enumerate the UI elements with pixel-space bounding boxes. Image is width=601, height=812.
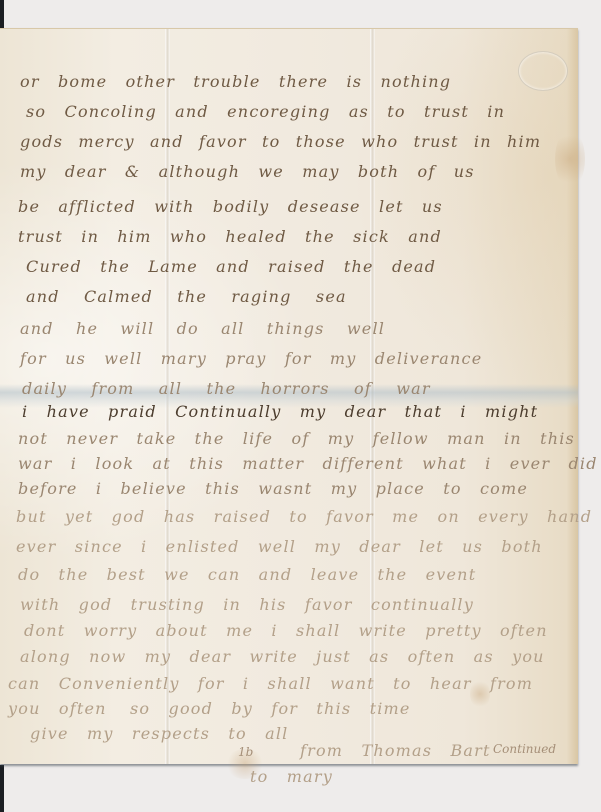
text-line: not never take the life of my fellow man… xyxy=(18,429,575,448)
text-line: or bome other trouble there is nothing xyxy=(20,72,451,91)
text-line: but yet god has raised to favor me on ev… xyxy=(16,507,592,526)
addressee-line: to mary xyxy=(250,767,333,786)
text-line: do the best we can and leave the event xyxy=(18,565,476,584)
corner-note: Continued xyxy=(493,742,556,756)
text-line: i have praid Continually my dear that i … xyxy=(22,402,538,421)
text-line: be afflicted with bodily desease let us xyxy=(18,197,443,216)
age-stain xyxy=(555,129,585,189)
embossed-stationery-seal xyxy=(518,51,568,91)
text-line: and Calmed the raging sea xyxy=(26,287,347,306)
text-line: give my respects to all xyxy=(30,724,289,743)
text-line: before i believe this wasnt my place to … xyxy=(18,479,528,498)
text-line: ever since i enlisted well my dear let u… xyxy=(16,537,543,556)
text-line: and he will do all things well xyxy=(20,319,385,338)
text-line: for us well mary pray for my deliverance xyxy=(20,349,482,368)
text-line: Cured the Lame and raised the dead xyxy=(26,257,436,276)
scan-edge-bottom xyxy=(0,765,4,812)
text-line: so good by for this time xyxy=(130,699,411,718)
scan-edge-top xyxy=(0,0,4,28)
text-line: war i look at this matter different what… xyxy=(18,454,598,473)
bottom-mark: 1b xyxy=(238,745,253,759)
letter-page: or bome other trouble there is nothing s… xyxy=(0,28,578,764)
text-line: daily from all the horrors of war xyxy=(22,379,431,398)
text-line: along now my dear write just as often as… xyxy=(20,647,545,666)
text-line: gods mercy and favor to those who trust … xyxy=(20,132,541,151)
text-line: my dear & although we may both of us xyxy=(20,162,475,181)
text-line: with god trusting in his favor continual… xyxy=(20,595,474,614)
text-line: trust in him who healed the sick and xyxy=(18,227,442,246)
signature-line: from Thomas Bart xyxy=(300,741,491,760)
text-line: so Concoling and encoreging as to trust … xyxy=(26,102,505,121)
text-line: you often xyxy=(8,699,107,718)
text-line: dont worry about me i shall write pretty… xyxy=(24,621,548,640)
text-line: can Conveniently for i shall want to hea… xyxy=(8,674,533,693)
